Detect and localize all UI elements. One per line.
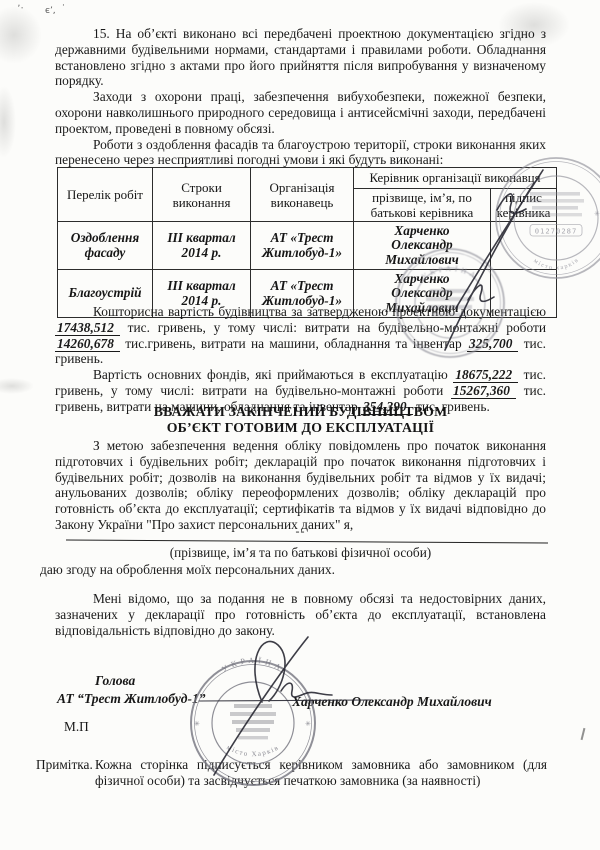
signer-organization: АТ “Трест Житлобуд-1” [57, 691, 206, 707]
pencil-mark: є’, [45, 6, 56, 16]
svg-text:УКРАЇНА: УКРАЇНА [220, 656, 286, 674]
chief-name-cell: Харченко Олександр Михайлович [354, 222, 491, 270]
fill-in-name-caption: (прізвище, ім’я та по батькові фізичної … [55, 545, 546, 561]
consent-closing: даю згоду на оброблення моїх персональни… [40, 562, 546, 578]
scan-smudge [0, 86, 16, 158]
term-cell: ІІІ квартал 2014 р. [153, 222, 251, 270]
scan-smudge [0, 6, 42, 64]
cost-section: Кошторисна вартість будівництва за затве… [55, 304, 546, 415]
blank-line-dashes: -- [55, 524, 546, 539]
signature-cell [491, 222, 557, 270]
funds-value-total: 18675,222 [453, 367, 518, 383]
funds-text: Вартість основних фондів, які приймаютьс… [93, 367, 448, 382]
pencil-mark: ’· [17, 4, 24, 15]
postponed-works-table: Перелік робіт Строки виконання Організац… [57, 167, 557, 318]
bottom-signature-loop [255, 642, 285, 702]
paragraph-postponed-works: Роботи з оздоблення фасадів та благоустр… [55, 137, 546, 169]
cost-value-construction: 14260,678 [55, 336, 120, 352]
org-cell: АТ «Трест Житлобуд-1» [251, 222, 354, 270]
col-header-chief-group: Керівник організації виконавця [354, 168, 557, 189]
table-row: Оздоблення фасаду ІІІ квартал 2014 р. АТ… [58, 222, 557, 270]
signer-full-name: Харченко Олександр Михайлович [292, 694, 492, 710]
col-header-chief-signature: підпис керівника [491, 189, 557, 222]
consent-paragraph: З метою забезпечення ведення обліку пові… [55, 438, 546, 533]
resolution-heading: ВВАЖАТИ ЗАКІНЧЕНИЙ БУДІВНИЦТВОМ ОБ’ЄКТ Г… [55, 404, 546, 436]
pencil-mark: · [62, 1, 65, 11]
stamp-star: ✳ [305, 720, 311, 728]
seal-place-label: М.П [64, 719, 89, 735]
scan-artifact-tick [581, 728, 586, 740]
work-name-cell: Оздоблення фасаду [58, 222, 153, 270]
intro-section: 15. На об’єкті виконано всі передбачені … [55, 26, 546, 168]
stamp-country-arc-text: УКРАЇНА [220, 656, 286, 674]
note-text: Кожна сторінка підписується керівником з… [95, 757, 547, 789]
stamp-star: ✳ [194, 720, 200, 728]
liability-paragraph: Мені відомо, що за подання не в повному … [55, 591, 546, 638]
estimate-cost-paragraph: Кошторисна вартість будівництва за затве… [55, 304, 546, 367]
fill-in-name-line [66, 540, 548, 544]
signer-position-title: Голова [95, 673, 135, 689]
cost-text: тис.гривень, витрати на машини, обладнан… [125, 336, 461, 351]
paragraph-15: 15. На об’єкті виконано всі передбачені … [55, 26, 546, 89]
scan-smudge [0, 378, 34, 394]
note-label: Примітка. [36, 757, 93, 773]
scanned-declaration-page: ’· є’, · 15. На об’єкті виконано всі пер… [0, 0, 600, 850]
cost-value-total: 17438,512 [55, 320, 120, 336]
funds-value-construction: 15267,360 [451, 383, 516, 399]
cost-text: Кошторисна вартість будівництва за затве… [93, 304, 546, 319]
resolution-heading-line1: ВВАЖАТИ ЗАКІНЧЕНИЙ БУДІВНИЦТВОМ [55, 404, 546, 420]
stamp-star: ✳ [594, 210, 600, 218]
cost-value-machines: 325,700 [467, 336, 519, 352]
col-header-chief-name: прізвище, ім’я, по батькові керівника [354, 189, 491, 222]
paragraph-safety-measures: Заходи з охорони праці, забезпечення виб… [55, 89, 546, 136]
resolution-heading-line2: ОБ’ЄКТ ГОТОВИМ ДО ЕКСПЛУАТАЦІЇ [55, 420, 546, 436]
col-header-org: Організація виконавець [251, 168, 354, 222]
cost-text: тис. гривень, у тому числі: витрати на б… [128, 320, 546, 335]
col-header-terms: Строки виконання [153, 168, 251, 222]
col-header-works: Перелік робіт [58, 168, 153, 222]
